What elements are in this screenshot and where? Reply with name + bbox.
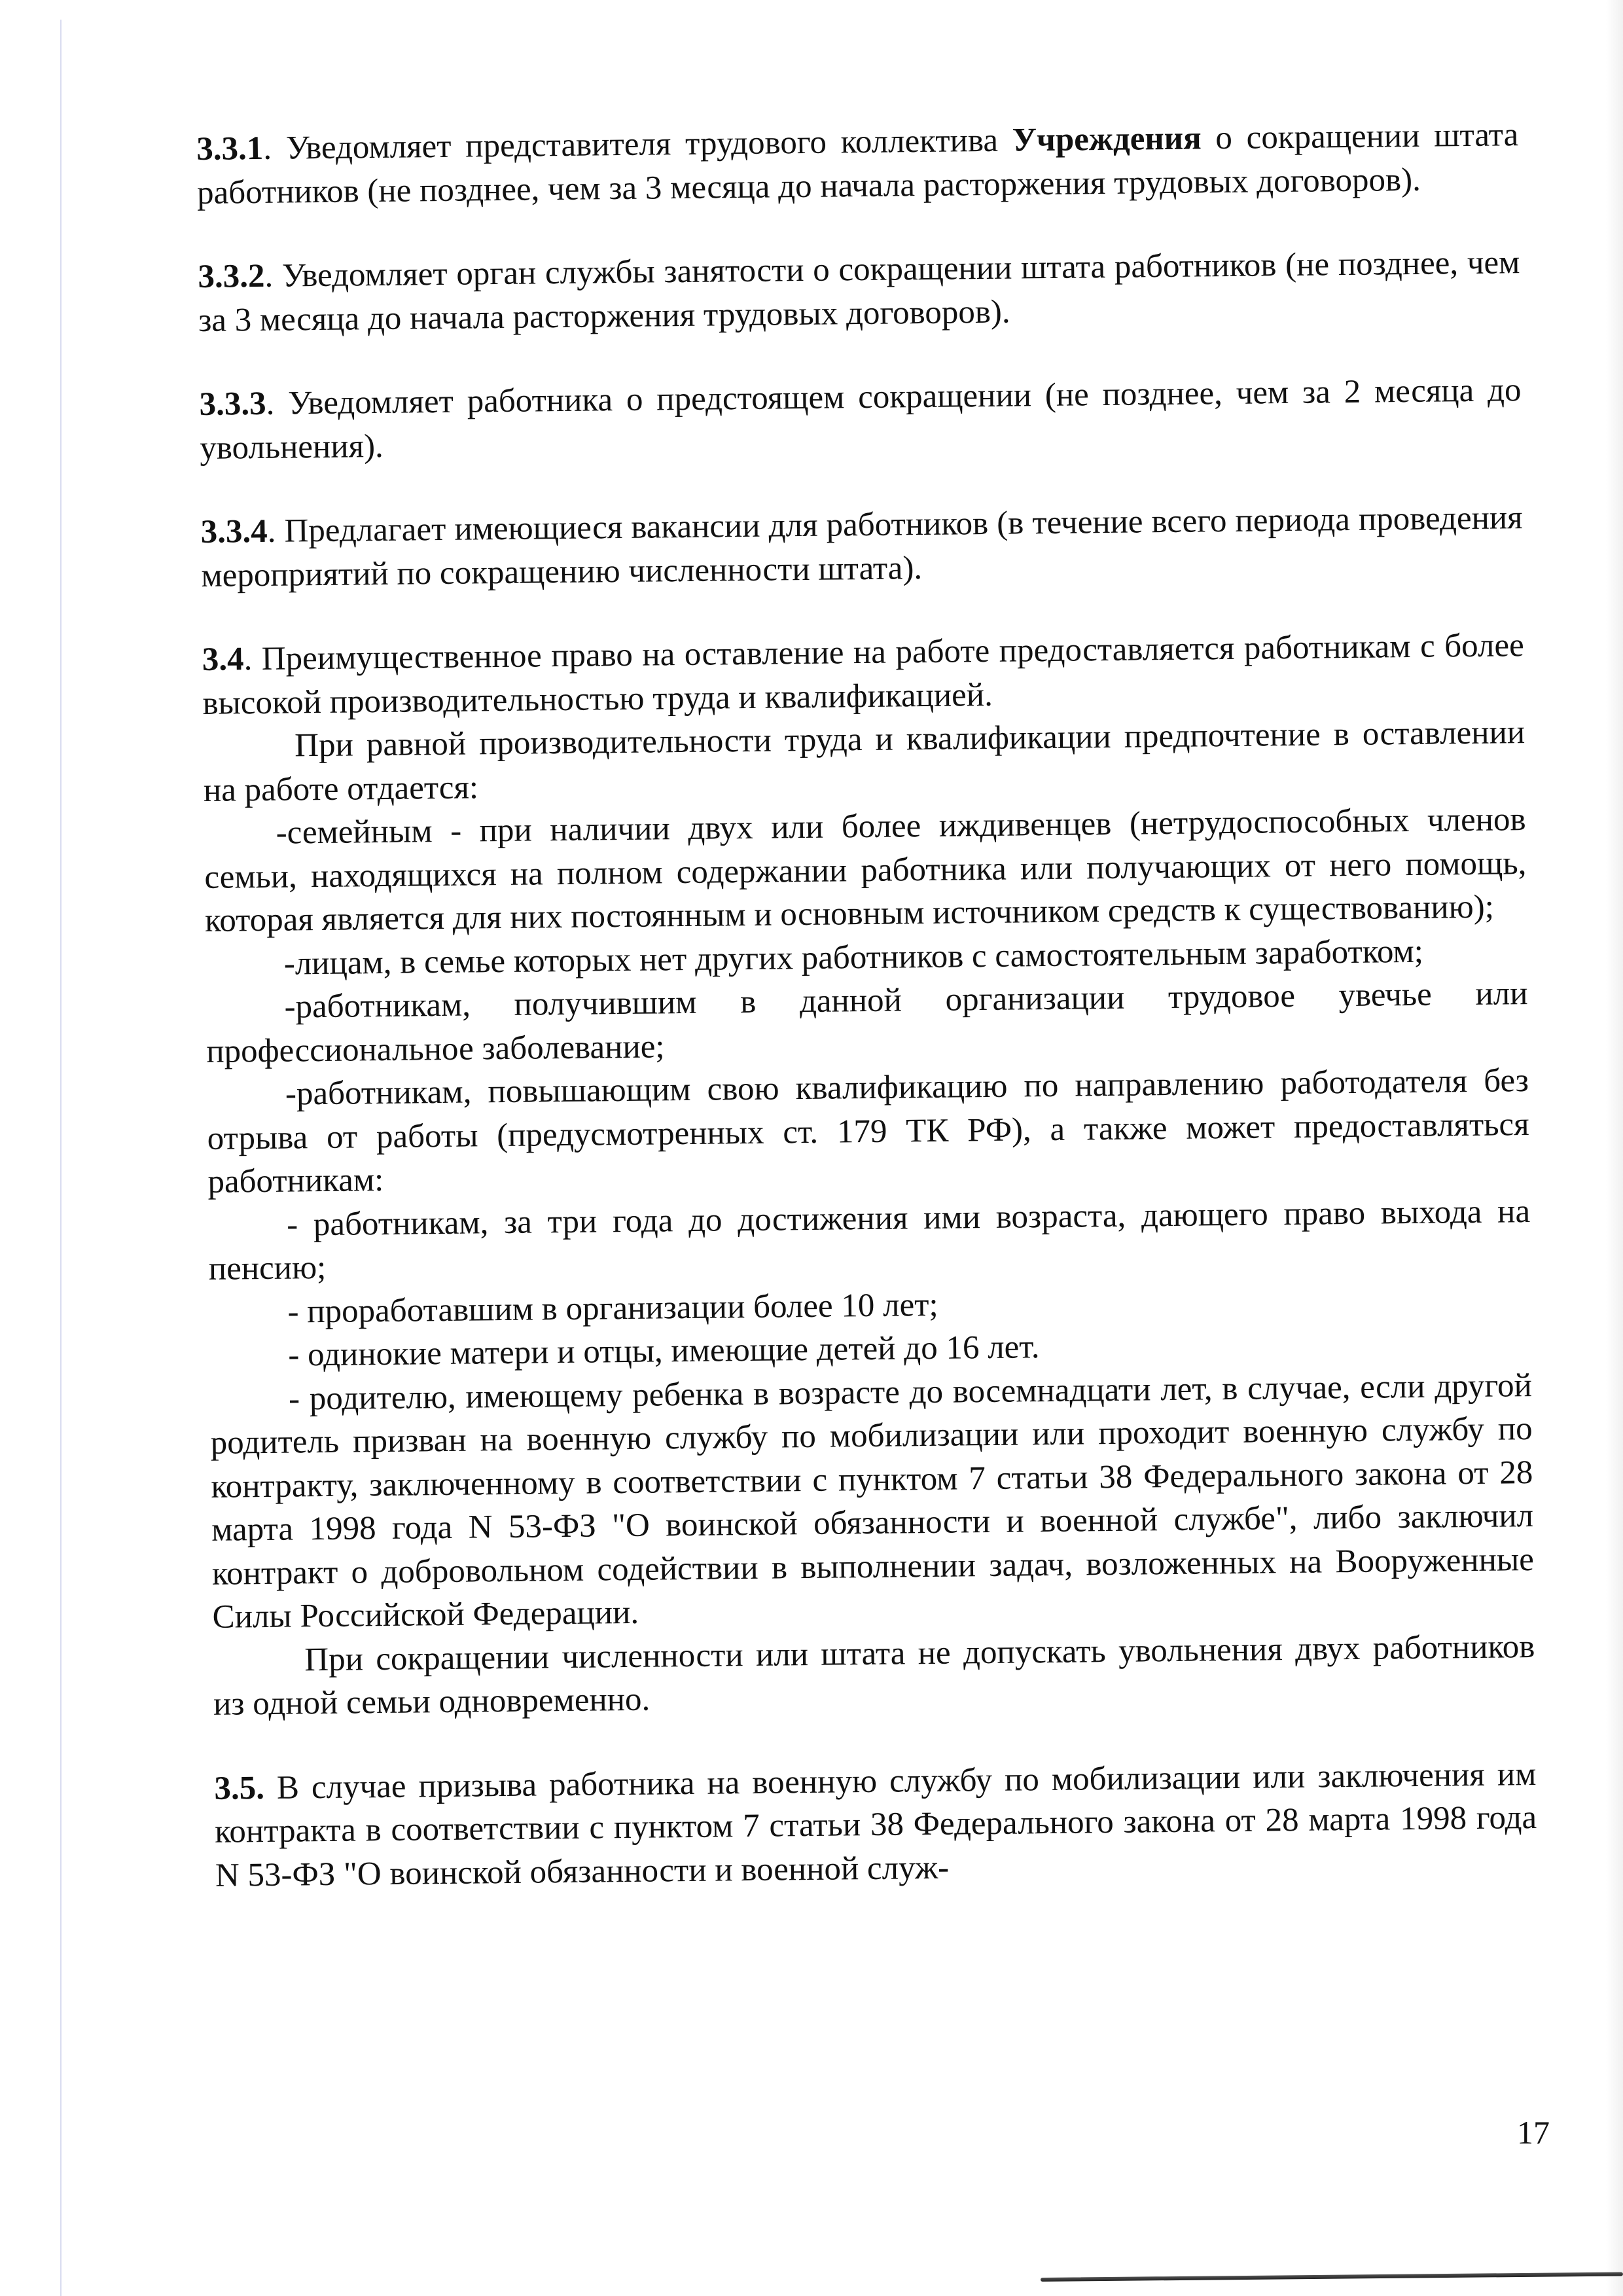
section-text: . Преимущественное право на оставление н… — [202, 627, 1524, 721]
section-text: . Предлагает имеющиеся вакансии для рабо… — [201, 499, 1523, 594]
scan-margin-line — [60, 20, 62, 2296]
section-3-3-1: 3.3.1. Уведомляет представителя трудовог… — [196, 113, 1519, 215]
section-text: . Уведомляет представителя трудового кол… — [263, 122, 1012, 167]
section-number: 3.5. — [214, 1770, 264, 1807]
preference-item: -работникам, повышающим свою квалификаци… — [207, 1059, 1530, 1204]
preference-item: -работникам, получившим в данной организ… — [205, 972, 1528, 1073]
scan-bottom-shadow — [1041, 2272, 1623, 2282]
document-page: 3.3.1. Уведомляет представителя трудовог… — [196, 113, 1537, 1897]
preference-item: - работникам, за три года до достижения … — [208, 1190, 1531, 1291]
section-3-5: 3.5. В случае призыва работника на военн… — [214, 1752, 1537, 1897]
scan-edge-shadow — [1606, 0, 1623, 2296]
section-3-4: 3.4. Преимущественное право на оставлени… — [202, 624, 1524, 725]
section-number: 3.3.4 — [200, 513, 268, 550]
section-number: 3.4 — [202, 641, 243, 678]
section-3-3-3: 3.3.3. Уведомляет работника о предстояще… — [199, 368, 1522, 470]
section-text: В случае призыва работника на военную сл… — [215, 1755, 1537, 1893]
section-number: 3.3.3 — [199, 386, 266, 423]
section-3-4-intro: При равной производительности труда и кв… — [203, 711, 1525, 812]
section-text: . Уведомляет орган службы занятости о со… — [198, 244, 1520, 338]
section-text: . Уведомляет работника о предстоящем сок… — [200, 372, 1522, 466]
bold-term: Учреждения — [1012, 120, 1202, 158]
section-number: 3.3.2 — [198, 258, 265, 295]
preference-item: - родителю, имеющему ребенка в возрасте … — [210, 1364, 1535, 1640]
section-3-3-2: 3.3.2. Уведомляет орган службы занятости… — [198, 241, 1520, 342]
section-3-3-4: 3.3.4. Предлагает имеющиеся вакансии для… — [200, 496, 1523, 598]
section-3-4-closing: При сокращении численности или штата не … — [213, 1625, 1535, 1727]
preference-item: -семейным - при наличии двух или более и… — [204, 798, 1527, 942]
page-number: 17 — [1517, 2113, 1550, 2152]
section-number: 3.3.1 — [196, 130, 264, 168]
